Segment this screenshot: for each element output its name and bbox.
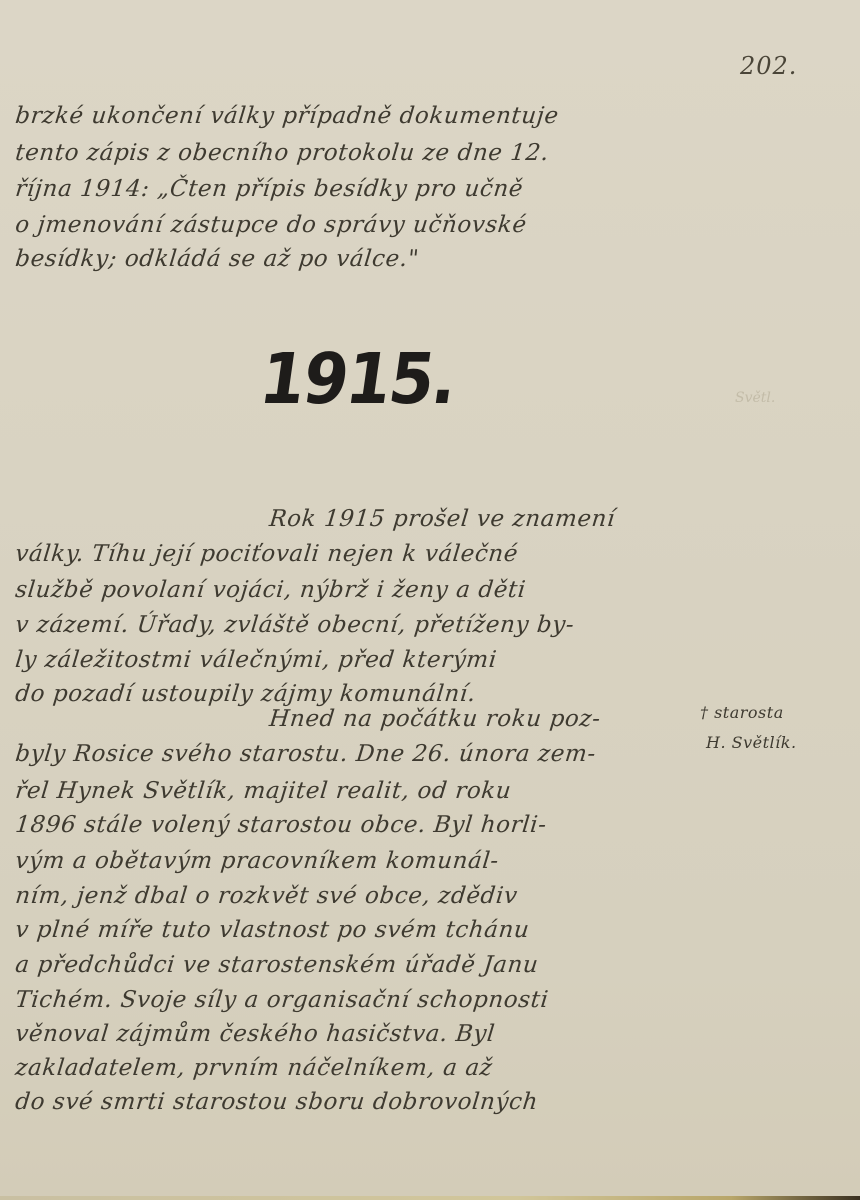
text-line: v plné míře tuto vlastnost po svém tchán… xyxy=(14,917,531,943)
text-line: službě povolaní vojáci, nýbrž i ženy a d… xyxy=(14,577,527,603)
year-heading: 1915. xyxy=(255,338,461,420)
margin-note-line: † starosta xyxy=(700,703,784,722)
text-line: října 1914: „Čten přípis besídky pro učn… xyxy=(14,176,524,202)
text-line: vým a obětavým pracovníkem komunál- xyxy=(14,848,500,874)
text-line: o jmenování zástupce do správy učňovské xyxy=(14,212,528,238)
chronicle-page: 202. brzké ukončení války případně dokum… xyxy=(0,0,860,1200)
text-line: ním, jenž dbal o rozkvět své obce, zdědi… xyxy=(14,883,519,909)
text-line: brzké ukončení války případně dokumentuj… xyxy=(14,103,560,129)
text-line: do pozadí ustoupily zájmy komunální. xyxy=(14,681,477,707)
text-line: Tichém. Svoje síly a organisační schopno… xyxy=(14,987,550,1013)
faint-bleedthrough-mark: Světl. xyxy=(735,390,775,406)
text-line: řel Hynek Světlík, majitel realit, od ro… xyxy=(14,778,513,804)
text-line: věnoval zájmům českého hasičstva. Byl xyxy=(14,1021,496,1047)
text-line: ly záležitostmi válečnými, před kterými xyxy=(14,647,498,673)
text-line: 1896 stále volený starostou obce. Byl ho… xyxy=(14,812,548,838)
text-line: a předchůdci ve starostenském úřadě Janu xyxy=(14,952,540,978)
text-line: tento zápis z obecního protokolu ze dne … xyxy=(14,140,550,166)
text-line: besídky; odkládá se až po válce." xyxy=(14,246,420,272)
text-line: války. Tíhu její pociťovali nejen k vále… xyxy=(14,541,519,567)
margin-note-line: H. Světlík. xyxy=(706,733,797,752)
text-line: Rok 1915 prošel ve znamení xyxy=(268,506,616,532)
text-line: zakladatelem, prvním náčelníkem, a až xyxy=(14,1055,494,1081)
text-line: Hned na počátku roku poz- xyxy=(268,706,602,732)
text-line: v zázemí. Úřady, zvláště obecní, přetíže… xyxy=(14,612,576,638)
text-line: byly Rosice svého starostu. Dne 26. únor… xyxy=(14,741,597,767)
text-line: do své smrti starostou sboru dobrovolnýc… xyxy=(14,1089,539,1115)
page-number: 202. xyxy=(740,52,797,80)
